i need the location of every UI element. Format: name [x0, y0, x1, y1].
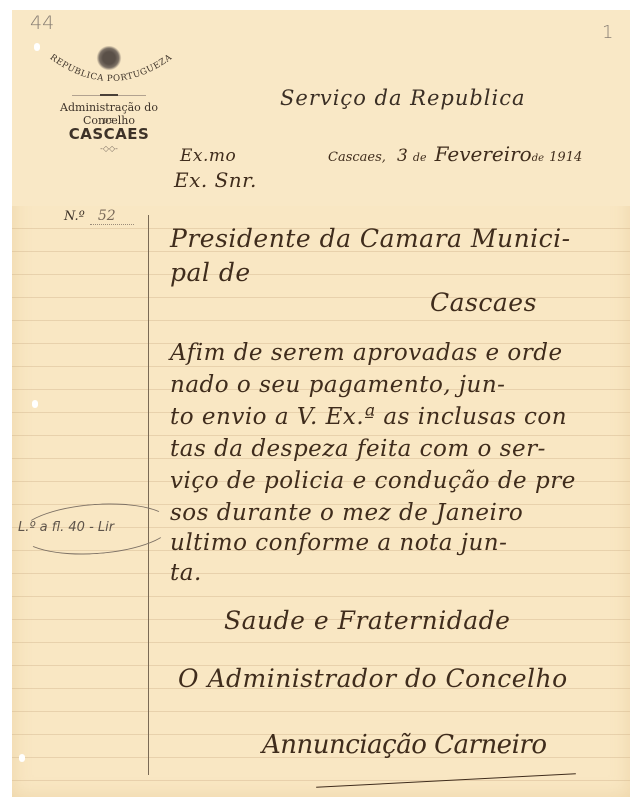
- service-line: Serviço da Republica: [280, 86, 526, 110]
- body-line: tas da despeza feita com o ser-: [170, 436, 546, 462]
- ornament: -◇◇-: [34, 144, 184, 153]
- page-number: 1: [602, 22, 613, 43]
- salutation-line1: Ex.mo: [180, 146, 236, 166]
- body-line: nado o seu pagamento, jun-: [170, 372, 505, 398]
- addressee-line1: Presidente da Camara Munici-: [170, 224, 571, 253]
- reference-value: 52: [90, 208, 134, 225]
- punch-hole: [34, 43, 40, 51]
- addressee-line3: Cascaes: [430, 288, 537, 317]
- reference-number: N.º 52: [64, 205, 134, 224]
- divider: [100, 94, 118, 96]
- margin-line: [148, 215, 149, 775]
- svg-text:REPUBLICA PORTUGUEZA: REPUBLICA PORTUGUEZA: [48, 54, 175, 84]
- date-day: 3: [397, 146, 408, 166]
- body-line: ultimo conforme a nota jun-: [170, 530, 507, 556]
- body-line: to envio a V. Ex.ª as inclusas con: [170, 404, 567, 430]
- signature-flourish: [316, 773, 576, 788]
- reference-label: N.º: [64, 209, 85, 224]
- bleed-through: [412, 710, 532, 740]
- date-line: Cascaes, 3 de Fevereirode 1914: [328, 142, 582, 166]
- municipality-name: CASCAES: [34, 125, 184, 143]
- date-year: 1914: [549, 150, 582, 165]
- salutation-line2: Ex. Snr.: [174, 168, 257, 192]
- addressee-line2: pal de: [170, 258, 251, 287]
- date-de2: de: [532, 153, 544, 164]
- date-place: Cascaes,: [328, 150, 386, 165]
- margin-note: L.º a fl. 40 - Lir: [18, 520, 114, 535]
- letterhead-arc-title: REPUBLICA PORTUGUEZA: [46, 54, 176, 94]
- body-line: sos durante o mez de Janeiro: [170, 500, 523, 526]
- body-line: viço de policia e condução de pre: [170, 468, 576, 494]
- date-de: de: [413, 151, 427, 164]
- punch-hole: [32, 400, 38, 408]
- punch-hole: [19, 754, 25, 762]
- closing-greeting: Saude e Fraternidade: [224, 606, 510, 635]
- body-line: Afim de serem aprovadas e orde: [170, 340, 563, 366]
- archive-number: 44: [30, 12, 54, 34]
- closing-title: O Administrador do Concelho: [178, 664, 568, 693]
- document-page: 44 1 REPUBLICA PORTUGUEZA Administração …: [12, 10, 630, 797]
- body-line: ta.: [170, 560, 202, 586]
- date-month: Fevereiro: [435, 142, 532, 166]
- letterhead-preposition: DE: [34, 118, 184, 125]
